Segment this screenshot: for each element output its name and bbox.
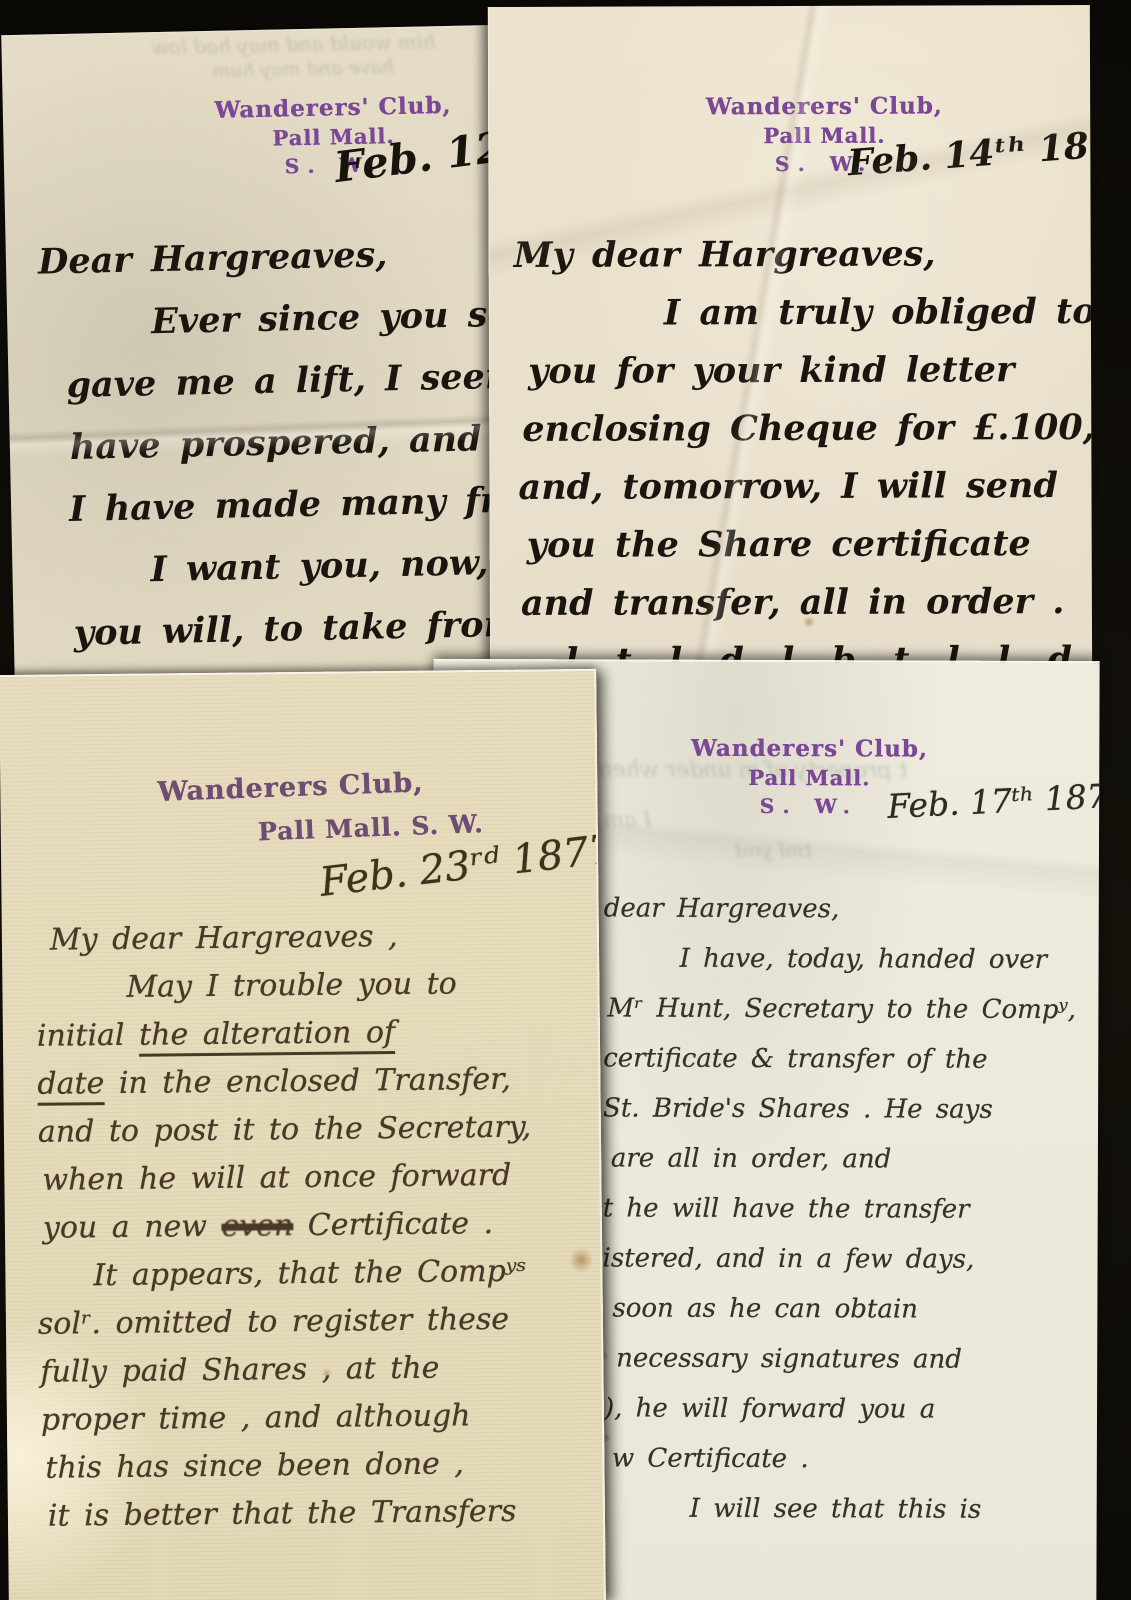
handwritten-text: are all in order, and: [611, 1143, 892, 1174]
letter-feb-12: him would and may had lowhave and may hu…: [1, 25, 514, 687]
ghost-writing-line: tml ymt: [734, 838, 812, 862]
handwritten-text: istered, and in a few days,: [603, 1243, 975, 1274]
scan-background: him would and may had lowhave and may hu…: [0, 0, 1131, 1600]
handwritten-text: Mʳ Hunt, Secretary to the Compʸ,: [607, 993, 1076, 1025]
handwritten-text: Dear Hargreaves,: [38, 234, 388, 282]
handwritten-text: have prospered, and h: [69, 417, 513, 468]
letterhead-club-name: Wanderers' Club,: [629, 91, 1019, 122]
letterhead-club-name: Wanderers' Club,: [614, 733, 1004, 764]
handwritten-line: I am truly obliged to: [664, 283, 1092, 343]
letter-body: My dear Hargreaves,I am truly obliged to…: [504, 225, 1093, 683]
ghost-writing-line: have and may hum: [212, 56, 394, 82]
handwritten-text: and, tomorrow, I will send: [518, 465, 1058, 508]
handwritten-text: in the enclosed Transfer,: [104, 1062, 511, 1101]
handwritten-text: I am truly obliged to: [664, 291, 1092, 334]
handwritten-text: enclosing Cheque for £.100,: [522, 407, 1092, 450]
handwritten-line: have prospered, and h: [69, 407, 514, 479]
handwritten-line: certificate & transfer of the: [603, 1033, 1076, 1085]
handwritten-line: w Certificate .: [612, 1433, 1075, 1485]
underlined-text: date: [37, 1066, 104, 1106]
handwritten-line: when he will at once forward: [42, 1152, 532, 1205]
handwritten-line: istered, and in a few days,: [602, 1233, 1075, 1285]
paper-stain: [803, 616, 815, 628]
paper-stain: [570, 1246, 592, 1274]
handwritten-line: are all in order, and: [611, 1133, 1076, 1185]
handwritten-text: dear Hargreaves,: [604, 893, 840, 924]
handwritten-text: you the Share certificate: [527, 523, 1031, 566]
handwritten-text: fully paid Shares , at the: [40, 1351, 439, 1390]
handwritten-line: I will see that this is: [690, 1484, 1075, 1535]
handwritten-text: Ever since you so k: [151, 293, 514, 342]
handwritten-text: Certificate .: [293, 1206, 493, 1243]
handwritten-line: and to post it to the Secretary,: [38, 1104, 532, 1157]
handwritten-line: Mʳ Hunt, Secretary to the Compʸ,: [607, 983, 1076, 1035]
handwritten-line: St. Bride's Shares . He says: [603, 1083, 1076, 1135]
handwritten-line: Dear Hargreaves,: [37, 221, 513, 294]
letter-body: Dear Hargreaves,Ever since you so kgave …: [23, 221, 513, 666]
handwritten-text: I want you, now,: [150, 542, 489, 590]
handwritten-line: this has since been done ,: [45, 1440, 535, 1493]
handwritten-line: you for your kind letter: [528, 341, 1092, 401]
struck-out-text: even: [221, 1208, 293, 1244]
handwritten-line: My dear Hargreaves ,: [50, 912, 530, 965]
handwritten-line: initial the alteration of: [37, 1008, 531, 1061]
handwritten-line: enclosing Cheque for £.100,: [522, 399, 1092, 459]
letterhead-club-name: Wanderers Club,: [120, 766, 461, 809]
underlined-text: the alteration of: [139, 1015, 395, 1057]
handwritten-line: I want you, now,: [150, 531, 514, 602]
handwritten-line: I have, today, handed over: [680, 934, 1077, 985]
handwritten-line: It appears, that the Compʸˢ: [93, 1248, 533, 1301]
handwritten-line: it is better that the Transfers: [48, 1488, 536, 1541]
handwritten-text: I have made many frie: [69, 479, 514, 530]
handwritten-line: My dear Hargreaves,: [514, 225, 1093, 285]
handwritten-line: gave me a lift, I seem: [66, 345, 514, 417]
handwritten-text: St. Bride's Shares . He says: [603, 1093, 993, 1124]
handwritten-line: May I trouble you to: [126, 960, 530, 1012]
handwritten-line: fully paid Shares , at the: [40, 1344, 534, 1397]
handwritten-line: proper time , and although: [41, 1392, 535, 1445]
letter-body: dear Hargreaves,I have, today, handed ov…: [602, 883, 1077, 1535]
handwritten-line: solʳ. omitted to register these: [38, 1296, 534, 1349]
handwritten-text: and to post it to the Secretary,: [38, 1110, 532, 1150]
handwritten-text: you will, to take from: [73, 604, 513, 654]
handwritten-text: I will see that this is: [690, 1494, 982, 1525]
handwritten-text: My dear Hargreaves ,: [50, 919, 398, 958]
handwritten-line: and, tomorrow, I will send: [518, 457, 1092, 517]
handwritten-line: you will, to take from: [73, 593, 514, 665]
handwritten-text: you for your kind letter: [528, 349, 1014, 392]
letter-feb-14: Wanderers' Club, Pall Mall. S. W. Feb. 1…: [488, 5, 1092, 683]
handwritten-line: you the Share certificate: [527, 515, 1093, 575]
handwritten-text: necessary signatures and: [616, 1343, 962, 1374]
handwritten-line: necessary signatures and: [616, 1333, 1075, 1385]
handwritten-text: you a new: [43, 1209, 222, 1246]
handwritten-text: when he will at once forward: [42, 1158, 511, 1198]
handwritten-line: ), he will forward you a: [604, 1383, 1075, 1435]
handwritten-text: it is better that the Transfers: [48, 1494, 517, 1534]
handwritten-line: soon as he can obtain: [612, 1283, 1075, 1335]
handwritten-text: My dear Hargreaves,: [514, 233, 936, 275]
handwritten-text: It appears, that the Compʸˢ: [93, 1254, 526, 1294]
handwritten-text: initial: [37, 1018, 140, 1054]
letter-body: My dear Hargreaves ,May I trouble you to…: [34, 912, 536, 1541]
handwritten-line: date in the enclosed Transfer,: [37, 1056, 531, 1109]
handwritten-text: w Certificate .: [612, 1443, 809, 1474]
handwritten-text: certificate & transfer of the: [603, 1043, 987, 1074]
paper-stain: [322, 1369, 331, 1378]
handwritten-text: and transfer, all in order .: [521, 581, 1065, 624]
handwritten-line: dear Hargreaves,: [604, 883, 1077, 935]
handwritten-line: t he will have the transfer: [603, 1183, 1076, 1235]
handwritten-line: you a new even Certificate .: [43, 1200, 533, 1253]
handwritten-text: solʳ. omitted to register these: [38, 1302, 510, 1342]
ghost-writing-line: him would and may had low: [151, 29, 436, 59]
handwritten-line: I have made many frie: [69, 469, 514, 541]
handwritten-text: May I trouble you to: [126, 966, 457, 1004]
handwritten-line: Ever since you so k: [151, 283, 514, 353]
handwritten-text: this has since been done ,: [45, 1446, 464, 1485]
handwritten-text: proper time , and although: [41, 1398, 471, 1437]
handwritten-text: ), he will forward you a: [604, 1393, 935, 1424]
handwritten-text: soon as he can obtain: [612, 1293, 918, 1324]
handwritten-text: t he will have the transfer: [603, 1193, 970, 1224]
handwritten-text: gave me a lift, I seem: [66, 355, 514, 406]
handwritten-text: I have, today, handed over: [680, 944, 1048, 975]
letter-feb-23: Wanderers Club, Pall Mall. S. W. Feb. 23…: [0, 669, 606, 1600]
